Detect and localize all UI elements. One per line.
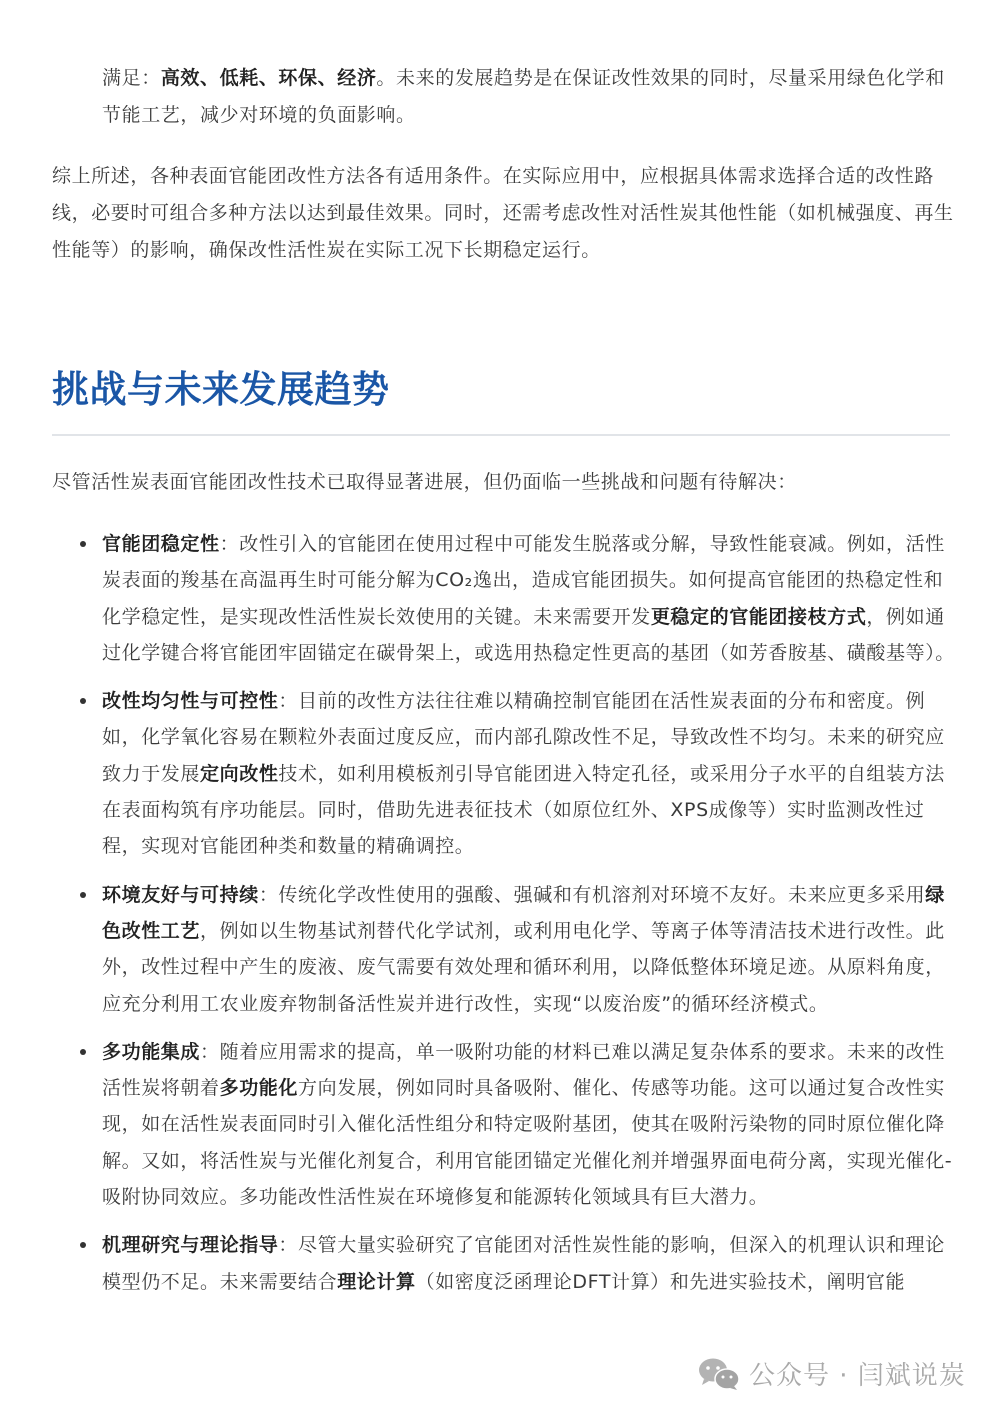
bullet-icon (80, 1049, 86, 1055)
bullet-icon (80, 541, 86, 547)
bullet-icon (80, 698, 86, 704)
wechat-icon (697, 1357, 741, 1391)
summary-paragraph: 综上所述，各种表面官能团改性方法各有适用条件。在实际应用中，应根据具体需求选择合… (52, 158, 957, 269)
item-term: 多功能集成 (102, 1041, 200, 1063)
list-item-mechanism-theory: 机理研究与理论指导：尽管大量实验研究了官能团对活性炭性能的影响，但深入的机理认识… (52, 1227, 957, 1300)
section-divider (52, 434, 950, 436)
wechat-watermark: 公众号 · 闫斌说炭 (697, 1355, 966, 1392)
item-term: 环境友好与可持续 (102, 884, 259, 906)
item-emphasis: 多功能化 (220, 1077, 298, 1099)
bullet-icon (80, 1242, 86, 1248)
section-heading: 挑战与未来发展趋势 (52, 362, 390, 418)
watermark-text: 公众号 · 闫斌说炭 (749, 1355, 966, 1392)
item-emphasis: 定向改性 (200, 763, 278, 785)
challenges-list: 官能团稳定性：改性引入的官能团在使用过程中可能发生脱落或分解，导致性能衰减。例如… (52, 526, 957, 1312)
item-term: 官能团稳定性 (102, 533, 220, 555)
list-item-uniformity-control: 改性均匀性与可控性：目前的改性方法往往难以精确控制官能团在活性炭表面的分布和密度… (52, 683, 957, 864)
item-emphasis: 理论计算 (337, 1271, 415, 1293)
section-intro: 尽管活性炭表面官能团改性技术已取得显著进展，但仍面临一些挑战和问题有待解决： (52, 464, 957, 501)
item-separator: ： (200, 1041, 220, 1063)
bullet-icon (80, 892, 86, 898)
list-item-environment-sustainability: 环境友好与可持续：传统化学改性使用的强酸、强碱和有机溶剂对环境不友好。未来应更多… (52, 877, 957, 1022)
item-text: ，例如以生物基试剂替代化学试剂，或利用电化学、等离子体等清洁技术进行改性。此外，… (102, 920, 945, 1015)
item-separator: ： (278, 690, 298, 712)
item-emphasis: 更稳定的官能团接枝方式 (651, 606, 867, 628)
item-separator: ： (259, 884, 279, 906)
prefix-text: 满足： (102, 67, 161, 89)
requirements-paragraph: 满足：高效、低耗、环保、经济。未来的发展趋势是在保证改性效果的同时，尽量采用绿色… (102, 60, 962, 134)
list-item-multifunctional-integration: 多功能集成：随着应用需求的提高，单一吸附功能的材料已难以满足复杂体系的要求。未来… (52, 1034, 957, 1215)
list-item-functional-group-stability: 官能团稳定性：改性引入的官能团在使用过程中可能发生脱落或分解，导致性能衰减。例如… (52, 526, 957, 671)
document-page: 满足：高效、低耗、环保、经济。未来的发展趋势是在保证改性效果的同时，尽量采用绿色… (0, 0, 1000, 1415)
item-separator: ： (220, 533, 240, 555)
item-term: 机理研究与理论指导 (102, 1234, 278, 1256)
bold-keywords: 高效、低耗、环保、经济 (161, 67, 377, 89)
item-separator: ： (278, 1234, 298, 1256)
item-text: （如密度泛函理论DFT计算）和先进实验技术，阐明官能 (416, 1271, 905, 1293)
item-term: 改性均匀性与可控性 (102, 690, 278, 712)
item-text: 传统化学改性使用的强酸、强碱和有机溶剂对环境不友好。未来应更多采用 (278, 884, 925, 906)
